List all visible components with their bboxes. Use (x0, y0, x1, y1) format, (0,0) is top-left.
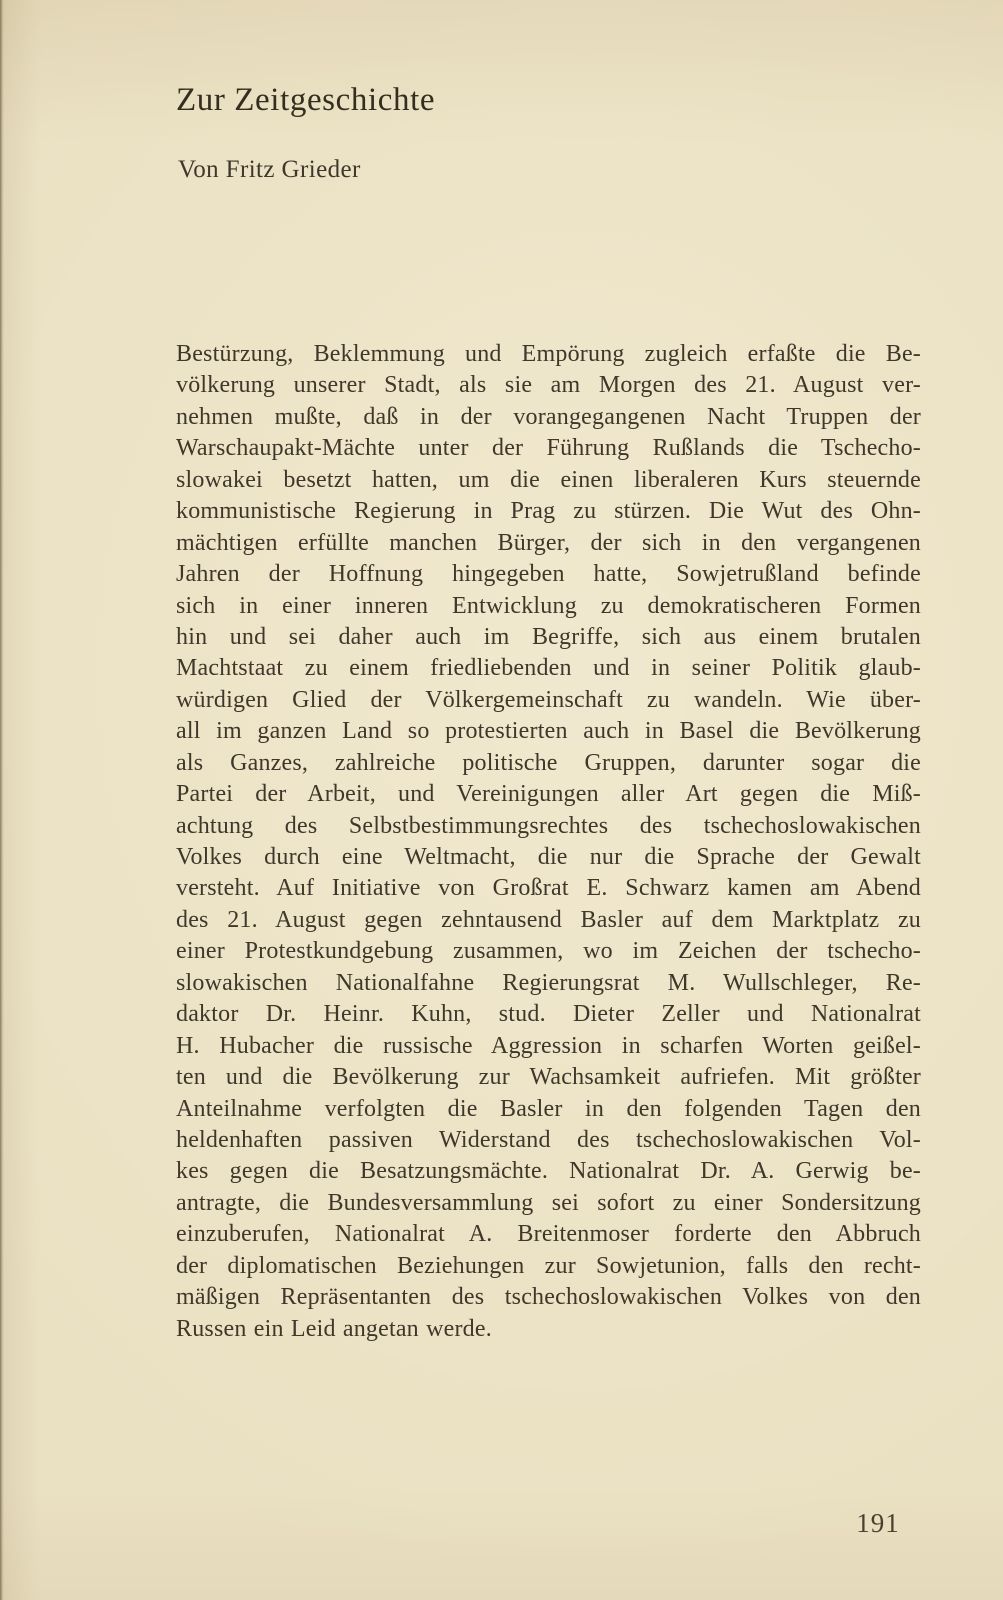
text-line: kommunistische Regierung in Prag zu stür… (176, 496, 921, 527)
text-line: kes gegen die Besatzungsmächte. National… (176, 1156, 921, 1187)
text-line: antragte, die Bundesversammlung sei sofo… (176, 1188, 921, 1219)
text-line: ten und die Bevölkerung zur Wachsamkeit … (176, 1062, 921, 1093)
text-line: würdigen Glied der Völkergemeinschaft zu… (176, 685, 921, 716)
text-line: als Ganzes, zahlreiche politische Gruppe… (176, 748, 921, 779)
text-line: völkerung unserer Stadt, als sie am Morg… (176, 370, 921, 401)
text-line: nehmen mußte, daß in der vorangegangenen… (176, 402, 921, 433)
text-line: Volkes durch eine Weltmacht, die nur die… (176, 842, 921, 873)
text-line: einer Protestkundgebung zusammen, wo im … (176, 936, 921, 967)
text-line: heldenhaften passiven Widerstand des tsc… (176, 1125, 921, 1156)
text-line: H. Hubacher die russische Aggression in … (176, 1031, 921, 1062)
text-line: all im ganzen Land so protestierten auch… (176, 716, 921, 747)
text-line: versteht. Auf Initiative von Großrat E. … (176, 873, 921, 904)
page-title: Zur Zeitgeschichte (176, 82, 435, 119)
text-line: slowakei besetzt hatten, um die einen li… (176, 465, 921, 496)
scanned-book-page: Zur Zeitgeschichte Von Fritz Grieder Bes… (0, 0, 1003, 1600)
text-line: Jahren der Hoffnung hingegeben hatte, So… (176, 559, 921, 590)
text-line: Partei der Arbeit, und Vereinigungen all… (176, 779, 921, 810)
body-text: Bestürzung, Beklemmung und Empörung zugl… (176, 339, 921, 1345)
text-line: hin und sei daher auch im Begriffe, sich… (176, 622, 921, 653)
text-line: sich in einer inneren Entwicklung zu dem… (176, 591, 921, 622)
page-number: 191 (852, 1508, 904, 1539)
author-byline: Von Fritz Grieder (178, 156, 361, 184)
text-line: einzuberufen, Nationalrat A. Breitenmose… (176, 1219, 921, 1250)
text-line: mächtigen erfüllte manchen Bürger, der s… (176, 528, 921, 559)
text-line: achtung des Selbstbestimmungsrechtes des… (176, 811, 921, 842)
text-line: slowakischen Nationalfahne Regierungsrat… (176, 968, 921, 999)
text-line: mäßigen Repräsentanten des tschechoslowa… (176, 1282, 921, 1313)
text-line: Russen ein Leid angetan werde. (176, 1314, 921, 1345)
text-line: daktor Dr. Heinr. Kuhn, stud. Dieter Zel… (176, 999, 921, 1030)
text-line: des 21. August gegen zehntausend Basler … (176, 905, 921, 936)
text-line: Warschaupakt-Mächte unter der Führung Ru… (176, 433, 921, 464)
text-line: Bestürzung, Beklemmung und Empörung zugl… (176, 339, 921, 370)
text-line: der diplomatischen Beziehungen zur Sowje… (176, 1251, 921, 1282)
text-line: Machtstaat zu einem friedliebenden und i… (176, 653, 921, 684)
text-line: Anteilnahme verfolgten die Basler in den… (176, 1094, 921, 1125)
